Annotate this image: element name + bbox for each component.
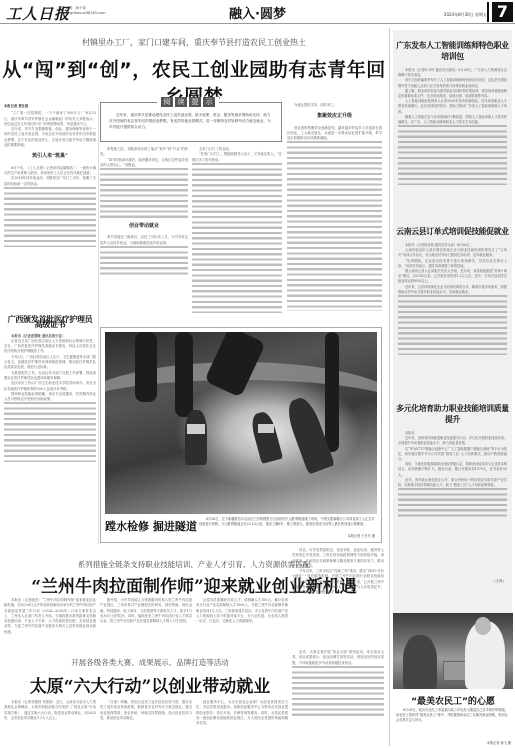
paragraph: 随着人工智能在各个应用领域的不断拓展，围绕人工智能训练人才需求快速增长。在广东，… (398, 115, 507, 125)
second-story-col-1: 本报讯（记者康劲）“兰州牛肉拉面制作师”迎来就业创业新机遇。在8月26日召开的省… (4, 598, 96, 646)
column-divider (389, 28, 390, 746)
paragraph: 创业服务中心，为全市创业企业和广大创业者提供全方位、多层次的创业服务。创新创业服… (196, 700, 288, 726)
paragraph: 的帮助之际，刘胜如何实现了他从“家乡”到“兴业”的转变。 (100, 147, 188, 158)
paragraph: “在家门口打工，既能照顾老人孩子，又有稳定收入。”在园区务工的村民说。 (192, 152, 282, 163)
page-number: 7 (492, 2, 513, 22)
third-story-col-3: 创业服务中心，为全市创业企业和广大创业者提供全方位、多层次的创业服务。创新创业服… (196, 700, 288, 746)
text-lines (287, 141, 382, 311)
main-story-kicker: 村镇里办工厂，家门口建车间，重庆奉节县打造农民工创业热土 (0, 37, 388, 48)
paragraph: 今年以来，兰州市结合“技能兰州”建设，健全“培训+评价+就业”一体化服务机制，开… (292, 569, 384, 595)
paragraph: 据介绍，为引导技能人力资源服务机构入驻兰州牛肉拉面产业园区，兰州市将对产业链相关… (100, 598, 192, 624)
paragraph: 近年来，云县持续深化企业与培训机构的合作，精准对接市场需求，积极帮助农村劳动力提… (398, 285, 507, 295)
second-story-col-2: 据介绍，为引导技能人力资源服务机构入驻兰州牛肉拉面产业园区，兰州市将对产业链相关… (100, 598, 192, 646)
paragraph: 人工智能训练师是国家人社部2020年发布的新职业，近年来该职业人才需求快速增长。… (398, 99, 507, 115)
pipe (135, 332, 157, 402)
sidebar-photo-caption: 8月28日，临沂市农民工李某某向某公司负责人赠送自己亲手制作的锦旗。该农民工曾获… (396, 708, 510, 723)
reading-tip-text: 近年来，重庆奉节县推动建设农民工返乡创业园，给予政策、资金、服务等诸多帮助和支持… (109, 112, 273, 130)
sidebar-photo-credit: 本报记者 杨飞 摄 (487, 740, 511, 745)
paragraph: 本报讯（记者康劲）“兰州牛肉拉面制作师”迎来就业创业新机遇。在8月26日召开的省… (4, 598, 96, 635)
pipe (325, 332, 339, 452)
paragraph: “培训期间，企业派出技术骨干进行现场教学，学员结业后即可上岗。”培训学员表示，通… (398, 259, 507, 269)
subheading: 筑引人来“筑巢” (4, 154, 96, 159)
sidebar-story-3-headline: 多元化培育助力职业技能培训质量提升 (393, 403, 512, 425)
sidebar-story-1-headline: 广东发布人工智能训练师特色职业培训包 (393, 40, 512, 62)
text-lines (4, 187, 96, 247)
main-story-col-2: 的帮助之际，刘胜如何实现了他从“家乡”到“兴业”的转变。 “奉节的营商环境好，政… (100, 147, 188, 322)
subheading: 集聚效应正升级 (287, 114, 382, 119)
safety-vest (187, 424, 205, 434)
sidebar-story-2-body: 本报讯（记者杨亚娟 通讯员李永成）8月26日， 云南省临沧市云县在德宏州某企业与… (393, 243, 512, 393)
paragraph: 据了解，职业培训包是为指导职业培训机构开展培训、规范培训管理而制定的重要标准文件… (398, 89, 507, 99)
paragraph: 近年来，贵州省持续推进职业技能提升行动，多元化开展职业技能培训，全面提升劳动者职… (398, 436, 507, 446)
photo-caption: 8月26日，位于新疆维吾尔自治区巴音郭楞蒙古自治州的天山胜利隧道施工现场，中国交… (199, 517, 377, 527)
main-story-col-4: 为就业提供支持，同时务工。 集聚效应正升级 创业园的集聚效应逐渐显现，越来越多的… (287, 103, 382, 321)
left-story-headline: 广西颁发首批医疗护理员高级证书 (4, 317, 96, 328)
issue-date: 2024年8月30日 星期五 (444, 12, 487, 18)
paragraph: 本报讯（记者刘建林 李建斌）近日，山西省太原市人力资源和社会保障局、太原市财政局… (4, 700, 96, 721)
reading-tip-char: 读 (175, 97, 187, 107)
text-lines (292, 666, 384, 716)
sidebar-story-3-body: 本报讯 近年来，贵州省持续推进职业技能提升行动，多元化开展职业技能培训，全面提升… (393, 431, 512, 579)
paragraph: 为推进相关工作，自治区有关部门开展工作部署，持续加强全区医疗护理员队伍建设和服务… (4, 371, 96, 382)
photo-feature: 蹚水检修 掘进隧道 8月26日，位于新疆维吾尔自治区巴音郭楞蒙古自治州的天山胜利… (100, 327, 382, 543)
third-story-kicker: 开展各级各类大赛、成果展示、品牌打造等活动 (0, 657, 300, 668)
paragraph: 近年来，奉节打造集聚集链、创业、服务保障等优势于一体的农民工返乡创业园，为有志在… (4, 127, 96, 148)
sidebar: 广东发布人工智能训练师特色职业培训包 本报讯（记者叶小钟 通讯员闫嘉怡）8月26… (393, 30, 512, 615)
tunnel-photo[interactable] (105, 332, 377, 514)
sidebar-story-1-body: 本报讯（记者叶小钟 通讯员闫嘉怡）8月26日，广东省人力资源和社会保障厅发布消息… (393, 68, 512, 216)
paragraph: 该厅已组织编制并发布了人工智能训练师特色职业培训包，这也是全国范围内首个省级人社… (398, 78, 507, 88)
paragraph: 为就业提供支持，同时务工。 (287, 103, 382, 108)
paragraph: 记者近日从广西壮族自治区人力资源和社会保障厅获悉，近日，广西首批医疗护理员高级证… (4, 339, 96, 355)
paragraph: 今年2月，广西壮族自治区人社厅、卫生健康委等多部门联合发文，加强医疗护理员培训和… (4, 355, 96, 371)
paragraph: 此外，贵安新区深化校企合作，联合贵州电子科技职业学院共建产业学院，培养数字经济领… (398, 478, 507, 488)
reading-tip-char: 示 (203, 97, 215, 107)
paragraph: 国家职业技能标准明确，该证书全国通用，有效期内持证人员可按规定享受相关补贴政策。 (4, 392, 96, 403)
paragraph: 项目，可享受贷款贴息、创业补贴、创业培训、服务等人员按规定享受扶持。兰州在培训选… (292, 548, 384, 569)
photo-title: 蹚水检修 掘进隧道 (105, 518, 197, 534)
third-story-col-1: 本报讯（记者刘建林 李建斌）近日，山西省太原市人力资源和社会保障局、太原市财政局… (4, 700, 96, 746)
paragraph: 以“华为ICT产教融合创新中心”“人工智能数据产教融合基地”等平台为依托，贵安新… (398, 447, 507, 463)
paragraph: 云南省临沧市云县在德宏州某企业与职业技能培训机构签订了“订单式”培训合作协议，为… (398, 248, 507, 258)
paragraph: 奉节县地处三峡库区，农民工外出务工多，为引导有志返乡人员回乡创业，当地积极建设返… (100, 235, 188, 246)
reading-tip-title: 阅 读 提 示 (157, 97, 219, 107)
paragraph: 创业园的集聚效应逐渐显现，越来越多的返乡人员选择在园区创业，工人就近就业，从而进… (287, 126, 382, 142)
paragraph: 此外，太原还将开展“创业太原”系列活动，举办创业大赛、创业成果展示、创业品牌打造… (292, 650, 384, 666)
sidebar-story-3-source: （王冉） (393, 579, 512, 584)
main-story-byline: 本报记者 黄仕强 (4, 104, 96, 109)
paragraph: 同时，当地还积极探索职业技能等级认定，将职业技能培训与企业需求相结合，培训规模不… (398, 462, 507, 478)
main-story-col-3: 去家门口打工的农民。 “在家门口打工，既能照顾老人孩子，又有稳定收入。”在园区务… (192, 147, 282, 322)
photo-credit: 本报记者 王冬冬 摄 (347, 533, 375, 538)
sidebar-photo[interactable] (393, 613, 513, 689)
text-lines (100, 246, 188, 276)
column-divider (98, 104, 99, 544)
reading-tip-char: 提 (189, 97, 201, 107)
third-story-headline: 太原“六大行动”以创业带动就业 (0, 672, 300, 697)
paragraph: “奉节的营商环境好，政府服务到位，让我们这些返乡创业的人很安心。”刘胜说。 (100, 158, 188, 169)
sidebar-story-2-headline: 云南云县订单式培训促技能促就业 (393, 226, 512, 237)
paragraph: 企将其员需紧缺各类人才，招聘潮人才100人，累计培训有关行业产业急需紧缺人才10… (196, 598, 288, 624)
sidebar-photo-title: “最美农民工”的心愿 (393, 694, 513, 707)
text-lines (4, 402, 96, 462)
seated-worker (403, 635, 437, 689)
masthead: 工人日报 责任编辑：孙小希 E-mail:grrbsunxi@163.com 融… (0, 0, 515, 24)
second-story-col-3: 企将其员需紧缺各类人才，招聘潮人才100人，累计培训有关行业产业急需紧缺人才10… (196, 598, 288, 646)
text-lines (398, 488, 507, 518)
text-lines (100, 168, 188, 218)
left-story: 广西颁发首批医疗护理员高级证书 本报讯（记者庞慧敏 通讯员黄少莹） 记者近日从广… (4, 313, 96, 545)
worker (185, 410, 207, 465)
reading-tip-box: 阅 读 提 示 近年来，重庆奉节县推动建设农民工返乡创业园，给予政策、资金、服务… (100, 102, 282, 142)
third-story-col-2: 《方案》明确，将加大农民工返乡创业扶持力度，落实农民工返乡创业补贴政策，鼓励更多… (100, 700, 192, 746)
paragraph: 8月下旬，《工人日报》记者来到金属制品厂，一派热火朝天的生产场景映入眼帘。车间里… (4, 166, 96, 177)
main-story-col-1: 本报记者 黄仕强 “工厂第一次招聘时，一下子就来了300多人！”8月23日，重庆… (4, 104, 96, 309)
second-story-col-4: 项目，可享受贷款贴息、创业补贴、创业培训、服务等人员按规定享受扶持。兰州在培训选… (292, 548, 384, 648)
paragraph: 据云南省云县人社局相关负责人介绍，近年来，该县积极推进“培训+就业”模式，202… (398, 269, 507, 285)
text-lines (398, 295, 507, 355)
third-story-col-4: 此外，太原还将开展“创业太原”系列活动，举办创业大赛、创业成果展示、创业品牌打造… (292, 650, 384, 746)
paragraph: “工厂第一次招聘时，一下子就来了300多人！”8月23日，重庆市奉节县安坪镇社会… (4, 111, 96, 127)
section-title: 融入·圆梦 (0, 3, 515, 22)
byline: 本报讯（记者叶小钟 通讯员闫嘉怡）8月26日，广东省人力资源和社会保障厅发布消息… (398, 68, 507, 78)
pipe (175, 332, 193, 417)
paragraph: 在2018年回乡创业前，刘胜曾在广东打工多年，积累了丰富的经验和一定的资金。 (4, 176, 96, 187)
paragraph: 此次评价工作由广西卫生职业技术学院具体承办，来自全区各级医疗护理机构的100人参… (4, 381, 96, 392)
text-lines (398, 125, 507, 185)
paragraph: 《方案》明确，将加大农民工返乡创业扶持力度，落实农民工返乡创业补贴政策，鼓励更多… (100, 700, 192, 721)
standing-man-head (475, 617, 491, 635)
safety-vest (258, 424, 274, 433)
reading-tip-char: 阅 (161, 97, 173, 107)
text-lines (192, 163, 282, 313)
byline: 本报讯（记者庞慧敏 通讯员黄少莹） (11, 334, 65, 338)
subheading: 创业带动就业 (100, 224, 188, 229)
